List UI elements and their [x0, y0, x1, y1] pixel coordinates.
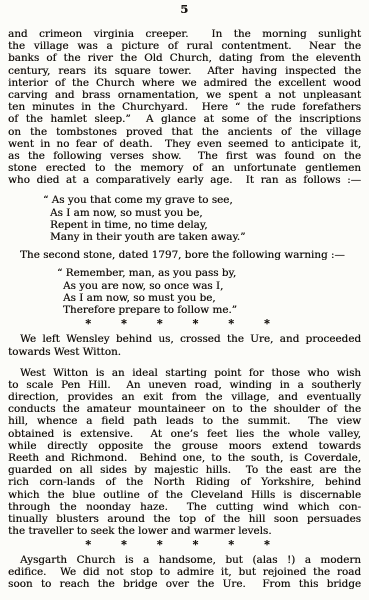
text-line: century, rears its square tower. After h… — [8, 65, 361, 77]
text-line: on the tombstones proved that the ancien… — [8, 126, 361, 138]
text-line: and crimeon virginia creeper. In the mor… — [8, 28, 361, 40]
verse-line: “ Remember, man, as you pass by, — [8, 267, 361, 279]
text-line: The second stone, dated 1797, bore the f… — [8, 249, 361, 261]
text-line: We left Wensley behind us, crossed the U… — [8, 333, 361, 345]
page-body: and crimeon virginia creeper. In the mor… — [0, 28, 369, 590]
text-line: towards West Witton. — [8, 346, 361, 358]
book-page: 5 and crimeon virginia creeper. In the m… — [0, 0, 369, 600]
text-line: obtained is extensive. At one’s feet lie… — [8, 428, 361, 440]
page-number: 5 — [0, 0, 369, 24]
text-line: soon to reach the bridge over the Ure. F… — [8, 578, 361, 590]
verse-line: “ As you that come my grave to see, — [8, 194, 361, 206]
section-separator: ****** — [0, 539, 361, 551]
verse-line: As I am now, so must you be, — [8, 292, 361, 304]
paragraph: Aysgarth Church is a handsome, but (alas… — [8, 554, 361, 591]
asterisk-glyph: * — [193, 539, 199, 551]
text-line: tinually blusters around the top of the … — [8, 513, 361, 525]
asterisk-glyph: * — [193, 318, 199, 330]
verse-line: As I am now, so must you be, — [8, 207, 361, 219]
text-line: the village was a picture of rural conte… — [8, 40, 361, 52]
text-line: Aysgarth Church is a handsome, but (alas… — [8, 554, 361, 566]
asterisk-glyph: * — [264, 539, 270, 551]
text-line: guarded on all sides by majestic hills. … — [8, 464, 361, 476]
text-line: direction, provides an exit from the vil… — [8, 391, 361, 403]
text-line: interior of the Church where we admired … — [8, 77, 361, 89]
text-line: edifice. We did not stop to admire it, b… — [8, 566, 361, 578]
asterisk-glyph: * — [228, 318, 234, 330]
asterisk-glyph: * — [121, 539, 127, 551]
asterisk-glyph: * — [85, 318, 91, 330]
verse-line: Repent in time, no time delay, — [8, 219, 361, 231]
text-line: conducts the amateur mountaineer on to t… — [8, 403, 361, 415]
verse-line: Therefore prepare to follow me.” — [8, 304, 361, 316]
asterisk-glyph: * — [157, 539, 163, 551]
asterisk-glyph: * — [157, 318, 163, 330]
text-line: banks of the river the Old Church, datin… — [8, 52, 361, 64]
verse-line: Many in their youth are taken away.” — [8, 231, 361, 243]
text-line: rich corn-lands of the North Riding of Y… — [8, 476, 361, 488]
text-line: as the following verses show. The first … — [8, 150, 361, 162]
text-line: through the noonday haze. The cutting wi… — [8, 501, 361, 513]
asterisk-glyph: * — [264, 318, 270, 330]
text-line: Reeth and Richmond. Behind one, to the s… — [8, 452, 361, 464]
text-line: carving and brass ornamentation, we spen… — [8, 89, 361, 101]
text-line: which the blue outline of the Cleveland … — [8, 489, 361, 501]
text-line: stone erected to the memory of an unfort… — [8, 162, 361, 174]
paragraph: We left Wensley behind us, crossed the U… — [8, 333, 361, 357]
text-line: ten minutes in the Churchyard. Here “ th… — [8, 101, 361, 113]
asterisk-glyph: * — [85, 539, 91, 551]
paragraph: The second stone, dated 1797, bore the f… — [8, 249, 361, 261]
text-line: West Witton is an ideal starting point f… — [8, 367, 361, 379]
paragraph: West Witton is an ideal starting point f… — [8, 367, 361, 538]
verse-block: “ Remember, man, as you pass by,As you a… — [8, 267, 361, 316]
text-line: to scale Pen Hill. An uneven road, windi… — [8, 379, 361, 391]
asterisk-glyph: * — [121, 318, 127, 330]
text-line: the traveller to seek the lower and warm… — [8, 525, 361, 537]
text-line: hill, whence a field path leads to the s… — [8, 415, 361, 427]
paragraph: and crimeon virginia creeper. In the mor… — [8, 28, 361, 186]
verse-line: As you are now, so once was I, — [8, 280, 361, 292]
text-line: of the hamlet sleep.” A glance at some o… — [8, 113, 361, 125]
verse-block: “ As you that come my grave to see,As I … — [8, 194, 361, 243]
text-line: while directly opposite the grouse moors… — [8, 440, 361, 452]
section-separator: ****** — [0, 318, 361, 330]
text-line: who died at a comparatively early age. I… — [8, 174, 361, 186]
asterisk-glyph: * — [228, 539, 234, 551]
text-line: went in no fear of death. They even seem… — [8, 138, 361, 150]
